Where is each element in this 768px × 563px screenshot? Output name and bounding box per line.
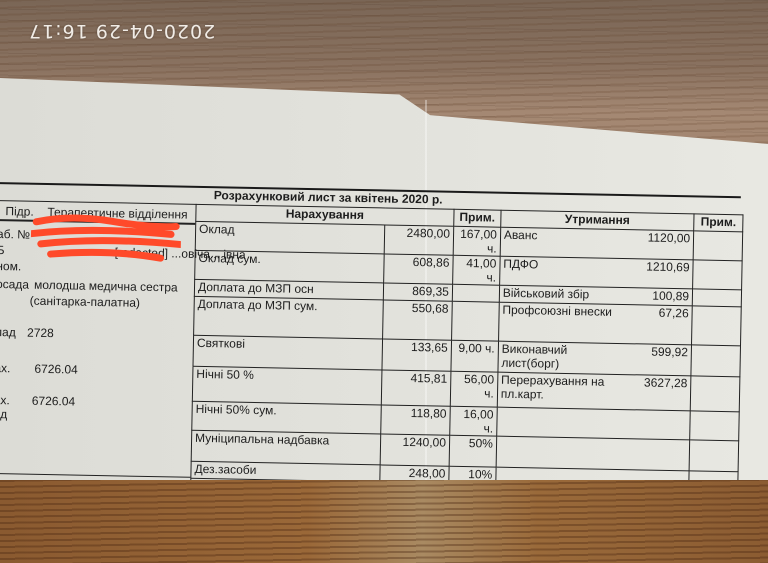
deduction-label: Профсоюзні внески xyxy=(502,303,622,319)
deduction-note xyxy=(689,440,738,472)
payslip-sheet: Розрахунковий лист за квітень 2020 р. Пі… xyxy=(0,182,744,496)
deduction-note xyxy=(692,289,741,307)
deduction-amount: 100,89 xyxy=(652,289,689,304)
deduction-note xyxy=(690,376,740,412)
accrual-note: 50% xyxy=(449,435,496,467)
department-value: Терапевтичне відділення xyxy=(47,205,187,222)
accrual-note xyxy=(451,301,499,341)
accrued2-label: ах. xyxy=(0,393,10,407)
accrual-amount: 550,68 xyxy=(383,300,452,340)
deductions-note-header: Прим. xyxy=(694,214,743,232)
accrual-name: Оклад сум. xyxy=(195,250,385,283)
accrual-name: Оклад xyxy=(195,221,385,254)
rate-label: лад xyxy=(0,325,16,339)
deduction-label: Військовий збір xyxy=(503,286,623,302)
deduction-amount: 1120,00 xyxy=(648,231,691,246)
accrual-note: 16,00 ч. xyxy=(450,406,497,436)
rate-value: 2728 xyxy=(27,326,54,341)
position-value-2: (санітарка-палатна) xyxy=(30,294,140,310)
accrued2-value: 6726.04 xyxy=(32,394,76,409)
deduction-label xyxy=(500,419,620,421)
deduction-note xyxy=(691,345,740,377)
photo-timestamp: 2020-04-29 16:17 xyxy=(28,20,215,42)
accrual-amount: 608,86 xyxy=(384,254,453,284)
deduction-amount: 3627,28 xyxy=(644,375,688,390)
wooden-table xyxy=(0,480,768,563)
deduction-name: Виконавчий лист(борг)599,92 xyxy=(498,341,692,376)
deduction-label: ПДФО xyxy=(503,257,623,273)
id-label: ном. xyxy=(0,259,21,273)
deduction-label: Аванс xyxy=(504,228,624,244)
payslip-title: Розрахунковий лист за квітень 2020 р. xyxy=(214,188,443,206)
deduction-name xyxy=(497,407,691,440)
deduction-note xyxy=(693,231,742,261)
deduction-name: ПДФО1210,69 xyxy=(499,256,693,289)
tab-no-label: аб. № xyxy=(0,227,30,242)
accrual-amount: 869,35 xyxy=(384,283,453,301)
accrual-amount: 133,65 xyxy=(382,339,451,371)
accrual-name: Муніципальна надбавка xyxy=(191,430,381,465)
accrual-note: 41,00 ч. xyxy=(453,255,500,285)
deduction-note xyxy=(693,260,742,290)
deduction-amount: 67,26 xyxy=(659,306,689,321)
accrual-name: Святкові xyxy=(193,335,383,370)
deduction-name xyxy=(496,436,690,471)
department-label: Підр. xyxy=(5,204,34,219)
accrual-note: 167,00 ч. xyxy=(453,226,500,256)
position-label: осада xyxy=(0,277,29,292)
accrual-amount: 415,81 xyxy=(382,370,451,406)
deduction-note xyxy=(690,411,739,441)
accrual-amount: 118,80 xyxy=(381,405,450,435)
note-header: Прим. xyxy=(454,209,501,227)
accrual-name: Доплата до МЗП сум. xyxy=(194,296,384,339)
deduction-label: Виконавчий лист(борг) xyxy=(501,342,622,372)
accrual-amount: 2480,00 xyxy=(385,225,454,255)
accrual-name: Нічні 50% сум. xyxy=(192,401,382,434)
accrual-note: 56,00 ч. xyxy=(450,371,498,407)
deduction-label: Перерахування на пл.карт. xyxy=(501,373,622,403)
position-value: молодша медична сестра xyxy=(34,278,178,295)
accrual-note: 9,00 ч. xyxy=(451,340,498,372)
deduction-amount: 599,92 xyxy=(651,345,688,360)
accrual-amount: 1240,00 xyxy=(381,434,450,466)
accrual-name: Нічні 50 % xyxy=(192,366,382,405)
deduction-name: Перерахування на пл.карт.3627,28 xyxy=(497,372,691,411)
employee-info: Підр. Терапевтичне відділення аб. № Б [r… xyxy=(0,200,196,478)
deduction-label xyxy=(500,448,620,450)
name-label: Б xyxy=(0,243,5,257)
extra-label: ад xyxy=(0,407,7,421)
deduction-amount: 1210,69 xyxy=(646,259,690,274)
accrual-note xyxy=(452,284,499,302)
deduction-note xyxy=(692,306,742,346)
payslip-table: НарахуванняПрим.УтриманняПрим.Оклад2480,… xyxy=(190,204,744,523)
deduction-name: Аванс1120,00 xyxy=(500,227,694,260)
accrued-label: ах. xyxy=(0,361,11,375)
deduction-name: Профсоюзні внески67,26 xyxy=(498,302,692,345)
accrued-value: 6726.04 xyxy=(34,362,78,377)
